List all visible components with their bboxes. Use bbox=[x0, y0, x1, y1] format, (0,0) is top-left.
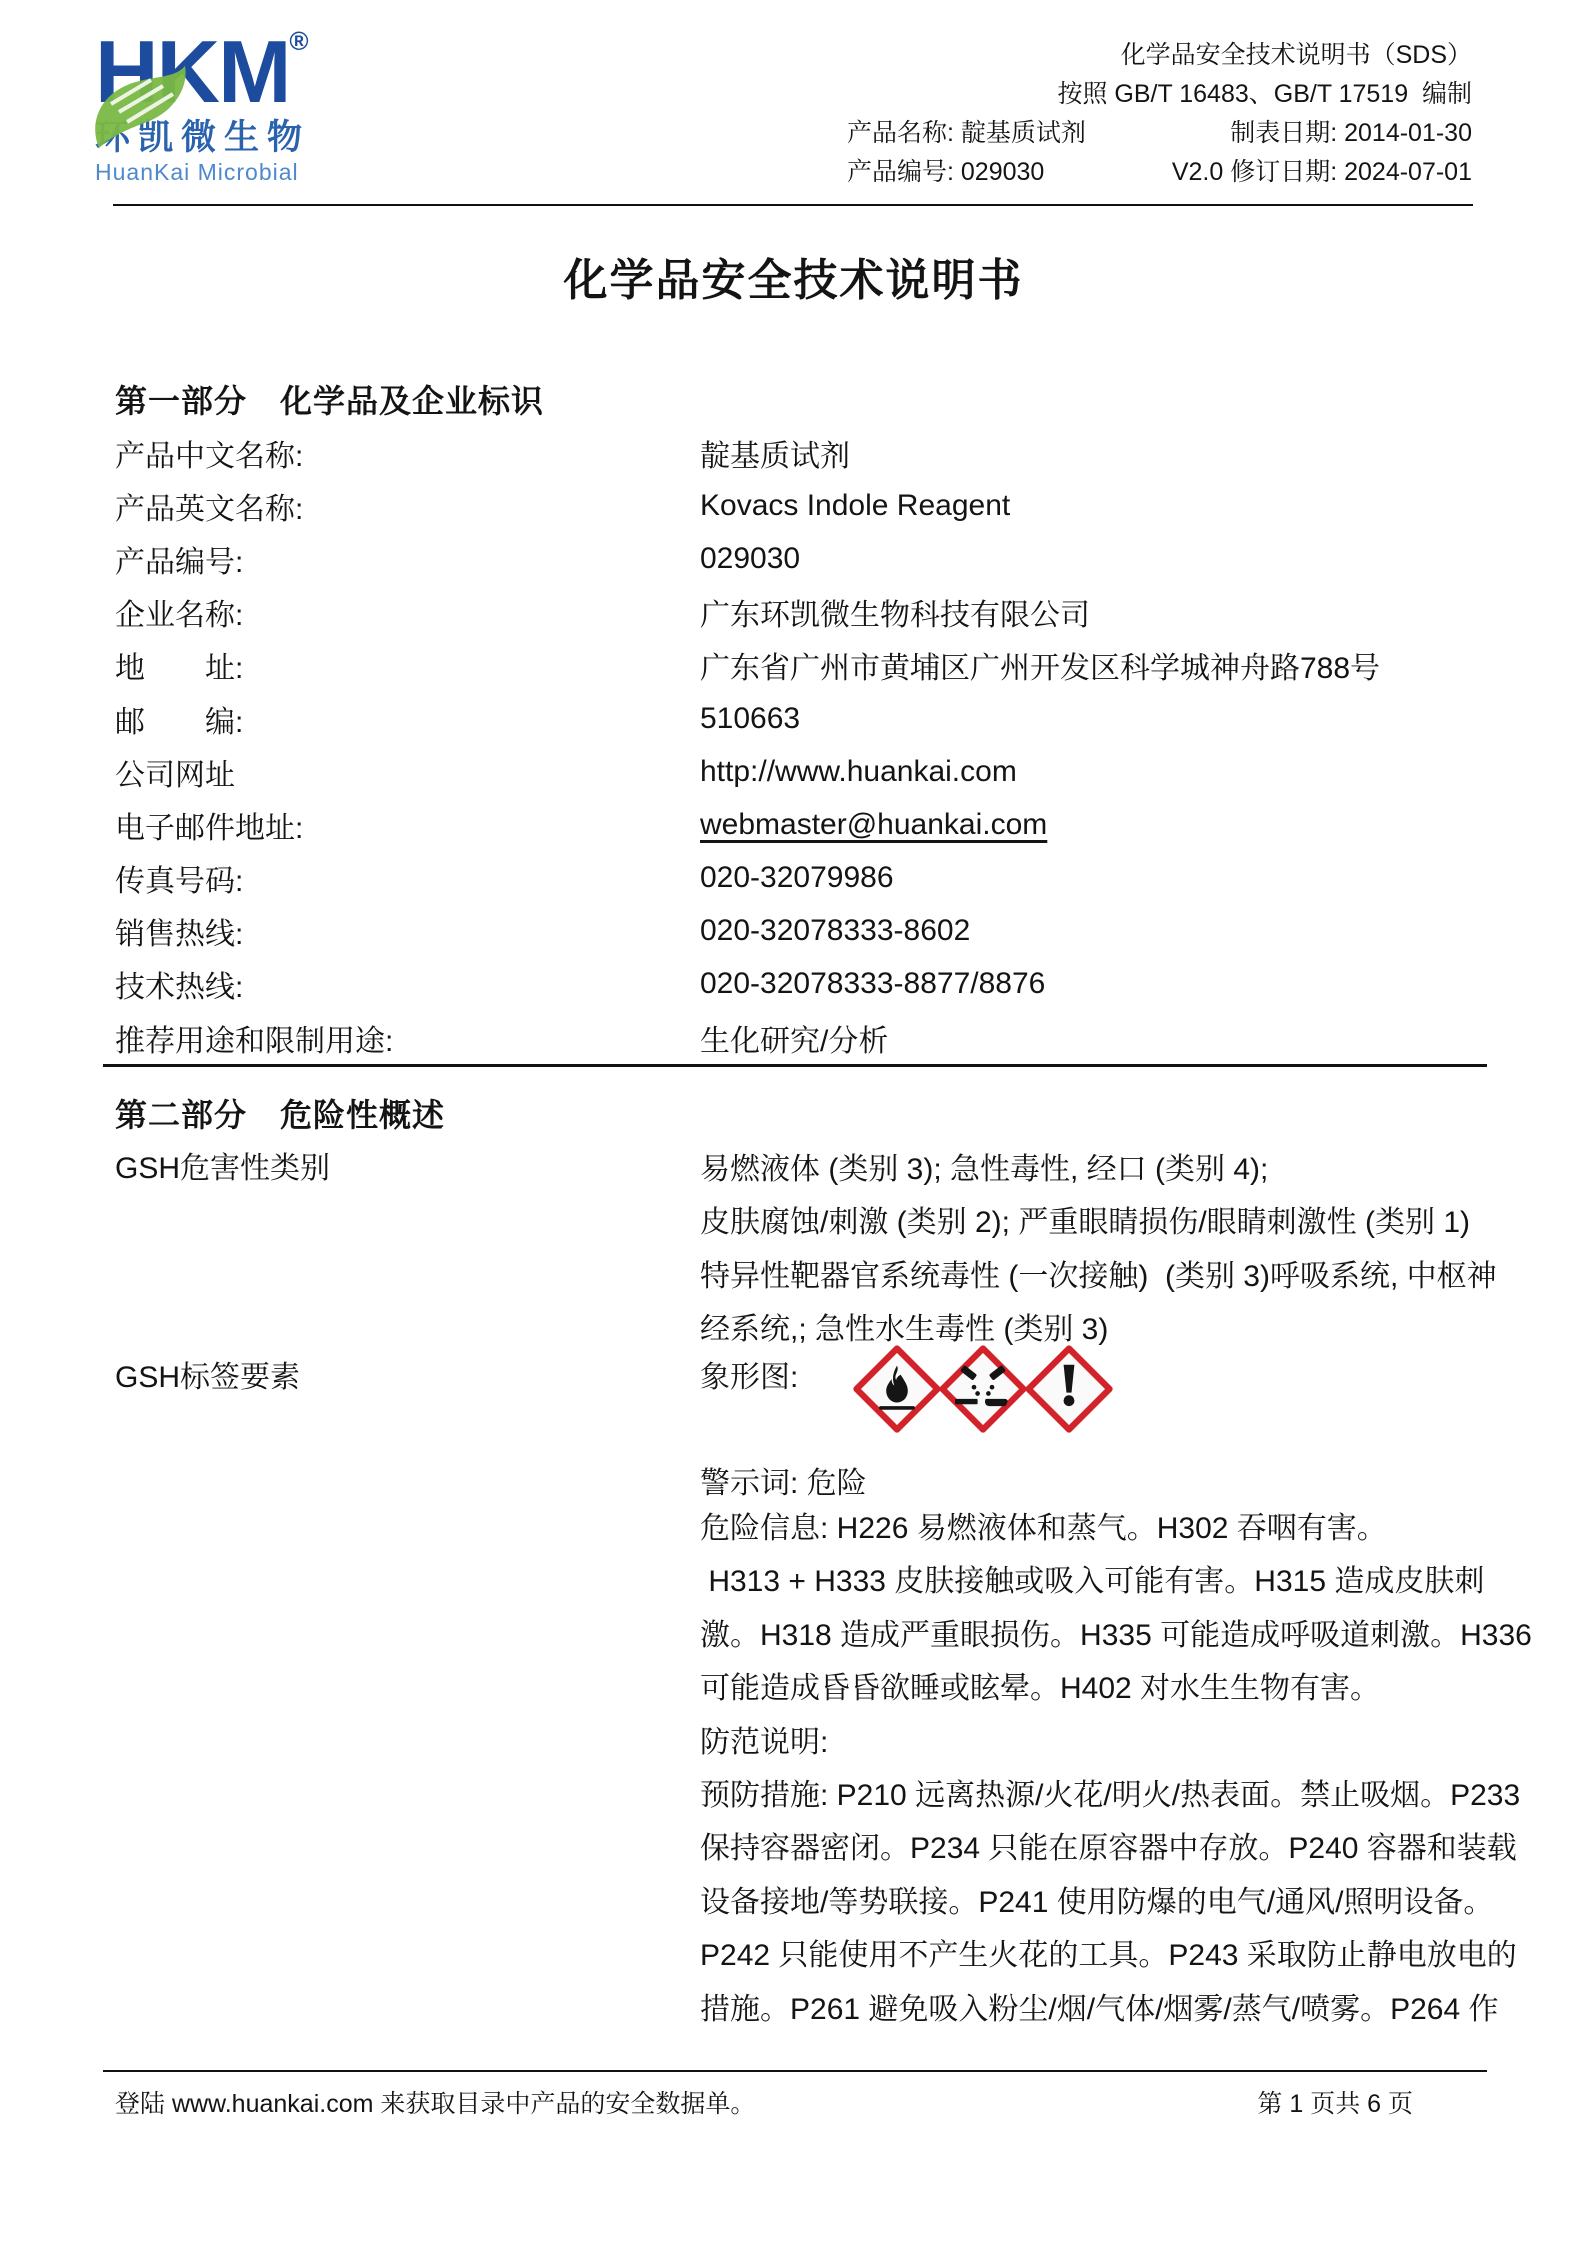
logo-english-name: HuanKai Microbial bbox=[95, 158, 435, 186]
field-label: 产品英文名称: bbox=[115, 484, 700, 528]
field-value: 广东环凯微生物科技有限公司 bbox=[700, 590, 1475, 634]
section1-rows: 产品中文名称: 靛基质试剂 产品英文名称: Kovacs Indole Reag… bbox=[115, 426, 1475, 1064]
statement-line: 设备接地/等势联接。P241 使用防爆的电气/通风/照明设备。 bbox=[700, 1876, 1500, 1929]
standard-line: 按照 GB/T 16483、GB/T 17519 编制 bbox=[847, 75, 1472, 114]
section2-heading: 第二部分 危险性概述 bbox=[115, 1090, 445, 1136]
ghs-flame-icon bbox=[852, 1344, 942, 1434]
field-row: 传真号码: 020-32079986 bbox=[115, 852, 1475, 905]
field-label: 推荐用途和限制用途: bbox=[115, 1016, 700, 1060]
statement-line: 预防措施: P210 远离热源/火花/明火/热表面。禁止吸烟。P233 bbox=[700, 1769, 1500, 1822]
field-value: 靛基质试剂 bbox=[700, 431, 1475, 475]
document-header-info: 化学品安全技术说明书（SDS） 按照 GB/T 16483、GB/T 17519… bbox=[847, 36, 1472, 192]
email-link[interactable]: webmaster@huankai.com bbox=[700, 808, 1475, 842]
logo-brand-text: HKM bbox=[95, 22, 289, 121]
field-row: 公司网址 http://www.huankai.com bbox=[115, 745, 1475, 798]
field-row: 产品编号: 029030 bbox=[115, 532, 1475, 585]
field-row: 地 址: 广东省广州市黄埔区广州开发区科学城神舟路788号 bbox=[115, 639, 1475, 692]
field-label: 电子邮件地址: bbox=[115, 803, 700, 847]
header-divider bbox=[113, 204, 1473, 206]
field-label: 销售热线: bbox=[115, 909, 700, 953]
field-row: 技术热线: 020-32078333-8877/8876 bbox=[115, 958, 1475, 1011]
statement-line: 防范说明: bbox=[700, 1716, 1500, 1769]
doc-type-line: 化学品安全技术说明书（SDS） bbox=[847, 36, 1472, 75]
field-value: Kovacs Indole Reagent bbox=[700, 489, 1475, 523]
statement-line: 可能造成昏昏欲睡或眩晕。H402 对水生生物有害。 bbox=[700, 1662, 1500, 1715]
label-elements-label: GSH标签要素 bbox=[115, 1352, 300, 1396]
logo-chinese-name: 环凯微生物 bbox=[95, 118, 435, 158]
field-value: 020-32078333-8877/8876 bbox=[700, 967, 1475, 1001]
field-value: 020-32078333-8602 bbox=[700, 914, 1475, 948]
pictogram-label: 象形图: bbox=[700, 1352, 798, 1396]
product-no-line: 产品编号: 029030 bbox=[847, 153, 1044, 192]
statement-line: 措施。P261 避免吸入粉尘/烟/气体/烟雾/蒸气/喷雾。P264 作 bbox=[700, 1983, 1500, 2036]
field-row: 产品英文名称: Kovacs Indole Reagent bbox=[115, 479, 1475, 532]
field-row: 邮 编: 510663 bbox=[115, 692, 1475, 745]
hazard-class-label: GSH危害性类别 bbox=[115, 1143, 330, 1187]
statement-line: 激。H318 造成严重眼损伤。H335 可能造成呼吸道刺激。H336 bbox=[700, 1609, 1500, 1662]
field-value: 广东省广州市黄埔区广州开发区科学城神舟路788号 bbox=[700, 643, 1475, 687]
field-value: 020-32079986 bbox=[700, 861, 1475, 895]
ghs-pictograms bbox=[852, 1344, 1110, 1434]
logo-wordmark: HKM® bbox=[95, 26, 435, 118]
page-footer: 登陆 www.huankai.com 来获取目录中产品的安全数据单。 第 1 页… bbox=[115, 2084, 1475, 2120]
revision-line: V2.0 修订日期: 2024-07-01 bbox=[1172, 153, 1472, 192]
field-label: 邮 编: bbox=[115, 697, 700, 741]
statement-line: P242 只能使用不产生火花的工具。P243 采取防止静电放电的 bbox=[700, 1929, 1500, 1982]
section-divider bbox=[103, 1064, 1487, 1067]
field-value: 510663 bbox=[700, 702, 1475, 736]
ghs-exclamation-icon bbox=[1024, 1344, 1114, 1434]
field-label: 产品中文名称: bbox=[115, 431, 700, 475]
footer-divider bbox=[103, 2070, 1487, 2072]
field-row: 推荐用途和限制用途: 生化研究/分析 bbox=[115, 1011, 1475, 1064]
footer-note: 登陆 www.huankai.com 来获取目录中产品的安全数据单。 bbox=[115, 2084, 755, 2120]
signal-word-line: 警示词: 危险 bbox=[700, 1458, 867, 1502]
company-website-link[interactable]: http://www.huankai.com bbox=[700, 755, 1475, 789]
hazard-class-line: 特异性靶器官系统毒性 (一次接触) (类别 3)呼吸系统, 中枢神 bbox=[700, 1250, 1500, 1303]
field-label: 产品编号: bbox=[115, 537, 700, 581]
page-number: 第 1 页共 6 页 bbox=[1257, 2084, 1413, 2120]
registered-trademark-icon: ® bbox=[289, 26, 306, 56]
field-row: 企业名称: 广东环凯微生物科技有限公司 bbox=[115, 586, 1475, 639]
field-label: 地 址: bbox=[115, 643, 700, 687]
company-logo: HKM® 环凯微生物 HuanKai Microbial bbox=[95, 26, 435, 186]
field-label: 技术热线: bbox=[115, 962, 700, 1006]
ghs-corrosion-icon bbox=[938, 1344, 1028, 1434]
hazard-class-lines: 易燃液体 (类别 3); 急性毒性, 经口 (类别 4); 皮肤腐蚀/刺激 (类… bbox=[700, 1143, 1500, 1356]
hazard-class-line: 易燃液体 (类别 3); 急性毒性, 经口 (类别 4); bbox=[700, 1143, 1500, 1196]
field-label: 传真号码: bbox=[115, 856, 700, 900]
field-value: 029030 bbox=[700, 542, 1475, 576]
field-row: 销售热线: 020-32078333-8602 bbox=[115, 905, 1475, 958]
page-title: 化学品安全技术说明书 bbox=[0, 244, 1587, 308]
hazard-statements: 危险信息: H226 易燃液体和蒸气。H302 吞咽有害。 H313 + H33… bbox=[700, 1502, 1500, 2036]
statement-line: 危险信息: H226 易燃液体和蒸气。H302 吞咽有害。 bbox=[700, 1502, 1500, 1555]
field-value: 生化研究/分析 bbox=[700, 1016, 1475, 1060]
field-label: 企业名称: bbox=[115, 590, 700, 634]
field-label: 公司网址 bbox=[115, 750, 700, 794]
product-name-line: 产品名称: 靛基质试剂 bbox=[847, 114, 1086, 153]
hazard-class-line: 皮肤腐蚀/刺激 (类别 2); 严重眼睛损伤/眼睛刺激性 (类别 1) bbox=[700, 1196, 1500, 1249]
statement-line: H313 + H333 皮肤接触或吸入可能有害。H315 造成皮肤刺 bbox=[700, 1555, 1500, 1608]
section1-heading: 第一部分 化学品及企业标识 bbox=[115, 376, 544, 422]
statement-line: 保持容器密闭。P234 只能在原容器中存放。P240 容器和装载 bbox=[700, 1822, 1500, 1875]
made-date-line: 制表日期: 2014-01-30 bbox=[1230, 114, 1472, 153]
field-row: 电子邮件地址: webmaster@huankai.com bbox=[115, 798, 1475, 851]
field-row: 产品中文名称: 靛基质试剂 bbox=[115, 426, 1475, 479]
